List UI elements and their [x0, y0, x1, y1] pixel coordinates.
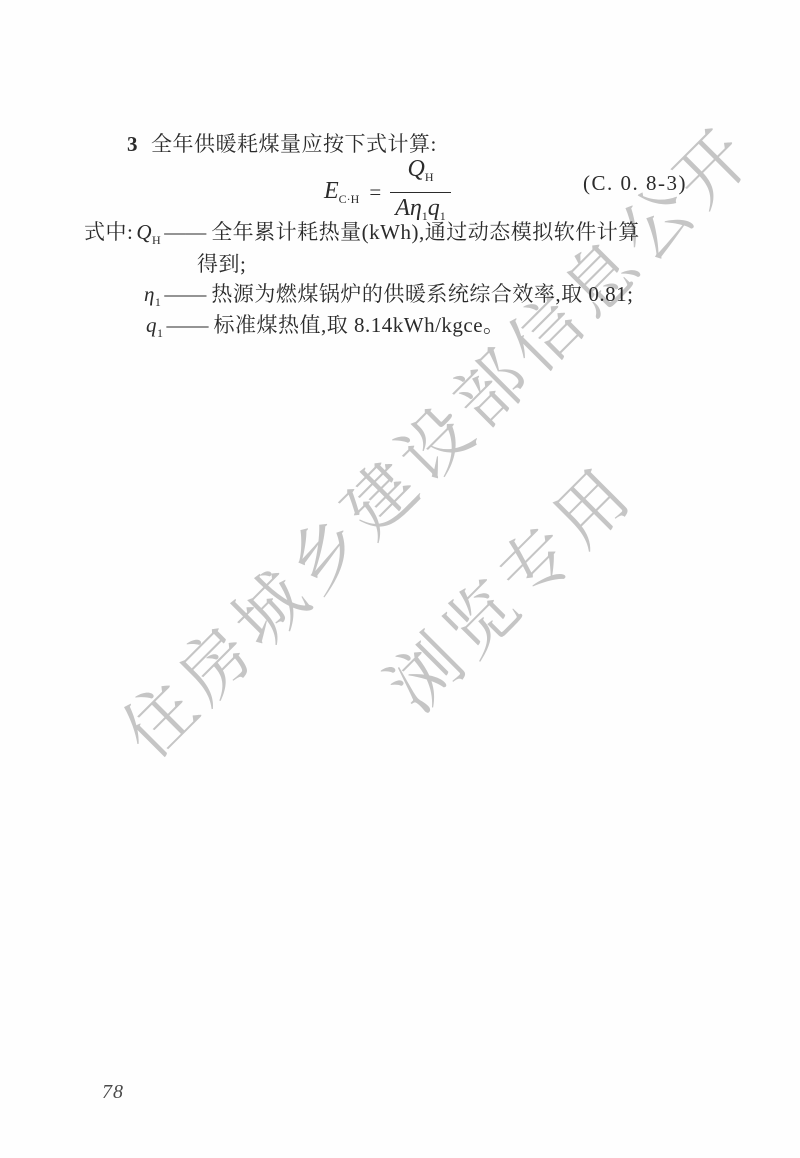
definition-description: 热源为燃煤锅炉的供暖系统综合效率,取 0.81; — [211, 282, 633, 306]
heading-text: 全年供暖耗煤量应按下式计算: — [151, 132, 437, 156]
symbol-q: q1 — [146, 313, 164, 337]
definition-dash: —— — [164, 220, 206, 244]
numerator-subscript: H — [425, 170, 434, 184]
document-page: 住房城乡建设部信息公开 浏览专用 3全年供暖耗煤量应按下式计算: EC·H = … — [0, 0, 800, 1158]
symbol-q-subscript: 1 — [157, 326, 164, 340]
symbol-qh: QH — [136, 220, 161, 244]
definition-line-q: q1——标准煤热值,取 8.14kWh/kgce。 — [146, 312, 505, 347]
definition-dash: —— — [167, 313, 209, 337]
definitions-intro: 式中: — [84, 220, 133, 244]
definition-dash: —— — [164, 282, 206, 306]
definition-line-qh: 式中:QH——全年累计耗热量(kWh),通过动态模拟软件计算 — [84, 219, 640, 254]
definition-line-qh-continued: 得到; — [197, 251, 246, 278]
formula-lhs-subscript: C·H — [339, 192, 360, 206]
page-number: 78 — [102, 1081, 124, 1104]
definition-description: 标准煤热值,取 8.14kWh/kgce。 — [214, 313, 505, 337]
definition-description-continued: 得到; — [197, 252, 246, 276]
fraction-numerator: QH — [403, 156, 437, 192]
heading-item-number: 3 — [127, 132, 138, 156]
equation-number: (C. 0. 8-3) — [583, 171, 687, 196]
definition-line-eta: η1——热源为燃煤锅炉的供暖系统综合效率,取 0.81; — [144, 281, 634, 316]
symbol-eta: η1 — [144, 282, 161, 306]
section-heading: 3全年供暖耗煤量应按下式计算: — [127, 131, 437, 158]
formula-lhs: EC·H — [324, 178, 359, 207]
symbol-eta-subscript: 1 — [155, 295, 162, 309]
symbol-qh-subscript: H — [152, 233, 161, 247]
equals-sign: = — [369, 180, 381, 205]
definition-description: 全年累计耗热量(kWh),通过动态模拟软件计算 — [211, 220, 640, 244]
page-content: 3全年供暖耗煤量应按下式计算: EC·H = QH Aη1q1 (C. 0. 8… — [0, 0, 800, 1158]
